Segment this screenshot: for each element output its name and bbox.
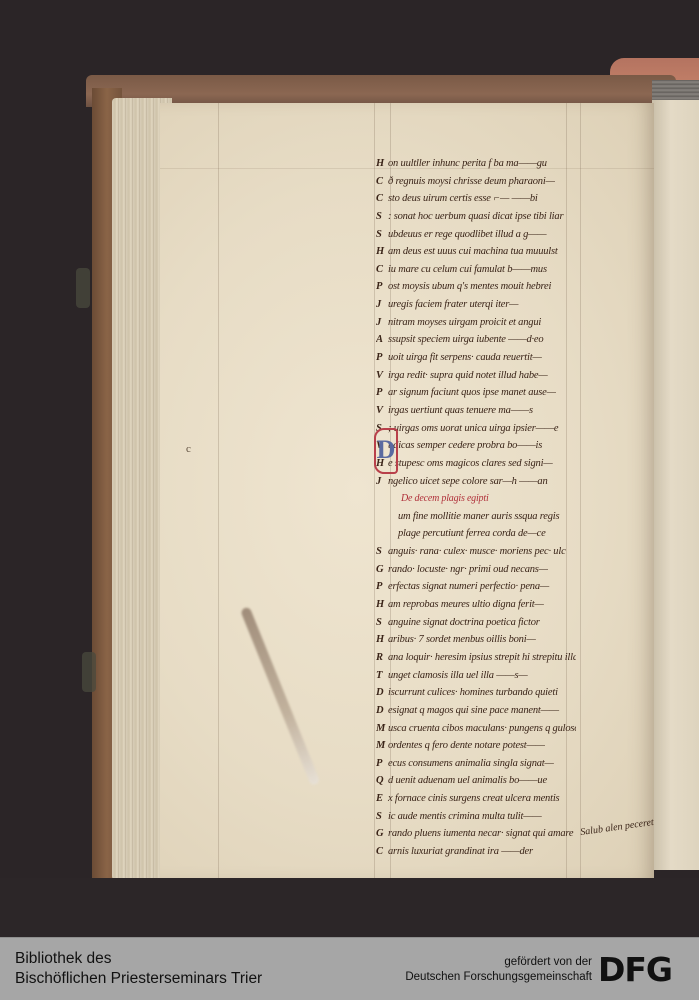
line-initial: C <box>376 843 388 861</box>
line-initial: D <box>376 684 388 702</box>
line-initial: P <box>376 349 388 367</box>
line-initial: H <box>376 596 388 614</box>
manuscript-line: Csto deus uirum certis esse ⌐— ——bi <box>376 190 576 208</box>
manuscript-line: Haribus· 7 sordet menbus oillis boni— <box>376 631 576 649</box>
line-initial: D <box>376 702 388 720</box>
clasp-icon <box>76 268 90 308</box>
line-text: ssupsit speciem uirga iubente ——d·eo <box>388 334 543 345</box>
manuscript-line: Post moysis ubum q's mentes mouit hebrei <box>376 278 576 296</box>
background-bottom <box>0 878 699 937</box>
manuscript-viewer: c Hon uultller inhunc perita f ba ma——gu… <box>0 0 699 937</box>
line-text: e stupesc oms magicos clares sed signi— <box>388 458 552 469</box>
line-initial: M <box>376 720 388 738</box>
line-initial: H <box>376 243 388 261</box>
line-initial: E <box>376 790 388 808</box>
manuscript-line: Carnis luxuriat grandinat ira ——der <box>376 843 576 861</box>
manuscript-line: Hon uultller inhunc perita f ba ma——gu <box>376 155 576 173</box>
funding-line2: Deutschen Forschungsgemeinschaft <box>405 970 592 985</box>
line-initial: C <box>376 190 388 208</box>
line-initial: A <box>376 331 388 349</box>
manuscript-line: Grando pluens iumenta necar· signat qui … <box>376 825 576 843</box>
line-initial: H <box>376 155 388 173</box>
line-initial: P <box>376 755 388 773</box>
line-initial: C <box>376 173 388 191</box>
page-edges-right <box>652 80 699 102</box>
manuscript-line: He stupesc oms magicos clares sed signi— <box>376 455 576 473</box>
line-initial: S <box>376 543 388 561</box>
line-initial: S <box>376 208 388 226</box>
manuscript-line: Sic aude mentis crimina multa tulit—— <box>376 808 576 826</box>
facing-page <box>652 100 699 870</box>
funding-line1: gefördert von der <box>405 955 592 970</box>
line-text: anguine signat doctrina poetica fictor <box>388 617 540 628</box>
line-initial: S <box>376 226 388 244</box>
manuscript-line: Virga redit· supra quid notet illud habe… <box>376 367 576 385</box>
manuscript-line: Puoit uirga fit serpens· cauda reuertit— <box>376 349 576 367</box>
line-text: ubdeuus er rege quodlibet illud a g—— <box>388 229 546 240</box>
ruling-line <box>374 103 375 879</box>
line-text: sto deus uirum certis esse ⌐— ——bi <box>388 193 538 204</box>
line-text: rando· locuste· ngr· primi oud necans— <box>388 564 548 575</box>
line-text: ost moysis ubum q's mentes mouit hebrei <box>388 281 551 292</box>
line-initial: C <box>376 261 388 279</box>
ruling-line <box>218 103 219 879</box>
line-text: uoit uirga fit serpens· cauda reuertit— <box>388 352 542 363</box>
line-text: irgas uertiunt quas tenuere ma——s <box>388 405 533 416</box>
line-initial: S <box>376 808 388 826</box>
line-text: rando pluens iumenta necar· signat qui a… <box>388 828 573 839</box>
manuscript-line: Grando· locuste· ngr· primi oud necans— <box>376 561 576 579</box>
library-name-line2: Bischöflichen Priesterseminars Trier <box>15 969 262 989</box>
text-column: Hon uultller inhunc perita f ba ma——guCð… <box>376 155 576 861</box>
line-text: usca cruenta cibos maculans· pungens q g… <box>388 723 576 734</box>
line-initial: M <box>376 737 388 755</box>
line-text: ordentes q fero dente notare potest—— <box>388 740 545 751</box>
manuscript-line: Rana loquir· heresim ipsius strepit hi s… <box>376 649 576 667</box>
library-name-line1: Bibliothek des <box>15 949 262 969</box>
line-text: ; uirgas oms uorat unica uirga ipsier——e <box>388 423 558 434</box>
line-text: aribus· 7 sordet menbus oillis boni— <box>388 634 536 645</box>
line-text: ana loquir· heresim ipsius strepit hi st… <box>388 652 576 663</box>
manuscript-line: Mordentes q fero dente notare potest—— <box>376 737 576 755</box>
decorated-initial: D <box>374 428 398 474</box>
line-text: am reprobas meures ultio digna ferit— <box>388 599 544 610</box>
dfg-logo: DFG <box>598 954 672 986</box>
line-text: uregis faciem frater uterqi iter— <box>388 299 518 310</box>
line-text: plage percutiunt ferrea corda de—ce <box>398 528 546 539</box>
line-text: am deus est uuus cui machina tua muuulst <box>388 246 558 257</box>
funding-credit: gefördert von der Deutschen Forschungsge… <box>405 955 592 985</box>
manuscript-line: Ham deus est uuus cui machina tua muuuls… <box>376 243 576 261</box>
line-text: t dicas semper cedere probra bo——is <box>388 440 542 451</box>
line-text: um fine mollitie maner auris ssqua regis <box>398 511 559 522</box>
manuscript-line: Pecus consumens animalia singla signat— <box>376 755 576 773</box>
line-text: ecus consumens animalia singla signat— <box>388 758 554 769</box>
line-text: : sonat hoc uerbum quasi dicat ipse tibi… <box>388 211 563 222</box>
line-text: arnis luxuriat grandinat ira ——der <box>388 846 533 857</box>
manuscript-line: S; uirgas oms uorat unica uirga ipsier——… <box>376 420 576 438</box>
manuscript-line: Ex fornace cinis surgens creat ulcera me… <box>376 790 576 808</box>
line-text: ic aude mentis crimina multa tulit—— <box>388 811 542 822</box>
manuscript-line: Qd uenit aduenam uel animalis bo——ue <box>376 772 576 790</box>
line-text: ð regnuis moysi chrisse deum pharaoni— <box>388 176 555 187</box>
line-initial: J <box>376 314 388 332</box>
line-initial: P <box>376 578 388 596</box>
line-initial: Q <box>376 772 388 790</box>
clasp-icon <box>82 652 96 692</box>
manuscript-line: Perfectas signat numeri perfectio· pena— <box>376 578 576 596</box>
manuscript-line: Sanguine signat doctrina poetica fictor <box>376 614 576 632</box>
manuscript-line: Par signum faciunt quos ipse manet ause— <box>376 384 576 402</box>
line-text: nitram moyses uirgam proicit et angui <box>388 317 541 328</box>
manuscript-line: Ciu mare cu celum cui famulat b——mus <box>376 261 576 279</box>
manuscript-line: Subdeuus er rege quodlibet illud a g—— <box>376 226 576 244</box>
line-initial: R <box>376 649 388 667</box>
manuscript-line: Assupsit speciem uirga iubente ——d·eo <box>376 331 576 349</box>
line-text: x fornace cinis surgens creat ulcera men… <box>388 793 559 804</box>
line-initial: J <box>376 473 388 491</box>
line-initial: P <box>376 278 388 296</box>
manuscript-line: Musca cruenta cibos maculans· pungens q … <box>376 720 576 738</box>
line-text: d uenit aduenam uel animalis bo——ue <box>388 775 547 786</box>
line-text: unget clamosis illa uel illa ——s— <box>388 670 528 681</box>
line-initial: S <box>376 614 388 632</box>
manuscript-line: S: sonat hoc uerbum quasi dicat ipse tib… <box>376 208 576 226</box>
manuscript-line: um fine mollitie maner auris ssqua regis <box>376 508 576 526</box>
manuscript-line: Virgas uertiunt quas tenuere ma——s <box>376 402 576 420</box>
line-initial: V <box>376 367 388 385</box>
manuscript-line: Vt dicas semper cedere probra bo——is <box>376 437 576 455</box>
manuscript-line: Jnitram moyses uirgam proicit et angui <box>376 314 576 332</box>
line-text: ar signum faciunt quos ipse manet ause— <box>388 387 556 398</box>
line-text: iu mare cu celum cui famulat b——mus <box>388 264 547 275</box>
margin-mark: c <box>186 443 191 455</box>
manuscript-line: Juregis faciem frater uterqi iter— <box>376 296 576 314</box>
line-initial: P <box>376 384 388 402</box>
line-initial: H <box>376 631 388 649</box>
line-text: erfectas signat numeri perfectio· pena— <box>388 581 549 592</box>
footer-banner: Bibliothek des Bischöflichen Priestersem… <box>0 937 699 1000</box>
manuscript-line: Jngelico uicet sepe colore sar—h ——an <box>376 473 576 491</box>
manuscript-line: Discurrunt culices· homines turbando qui… <box>376 684 576 702</box>
line-initial: G <box>376 825 388 843</box>
line-text: esignat q magos qui sine pace manent—— <box>388 705 559 716</box>
line-initial: G <box>376 561 388 579</box>
line-initial: J <box>376 296 388 314</box>
manuscript-line: Ham reprobas meures ultio digna ferit— <box>376 596 576 614</box>
rubric-heading: De decem plagis egipti <box>376 490 576 508</box>
manuscript-line: Tunget clamosis illa uel illa ——s— <box>376 667 576 685</box>
line-initial: V <box>376 402 388 420</box>
line-text: anguis· rana· culex· musce· moriens pec·… <box>388 546 566 557</box>
manuscript-line: plage percutiunt ferrea corda de—ce <box>376 525 576 543</box>
line-text: ngelico uicet sepe colore sar—h ——an <box>388 476 548 487</box>
manuscript-line: Designat q magos qui sine pace manent—— <box>376 702 576 720</box>
library-name: Bibliothek des Bischöflichen Priestersem… <box>15 949 262 989</box>
manuscript-line: Sanguis· rana· culex· musce· moriens pec… <box>376 543 576 561</box>
line-text: on uultller inhunc perita f ba ma——gu <box>388 158 547 169</box>
line-initial: T <box>376 667 388 685</box>
manuscript-line: Cð regnuis moysi chrisse deum pharaoni— <box>376 173 576 191</box>
line-text: irga redit· supra quid notet illud habe— <box>388 370 548 381</box>
line-text: iscurrunt culices· homines turbando quie… <box>388 687 558 698</box>
ruling-line <box>580 103 581 879</box>
